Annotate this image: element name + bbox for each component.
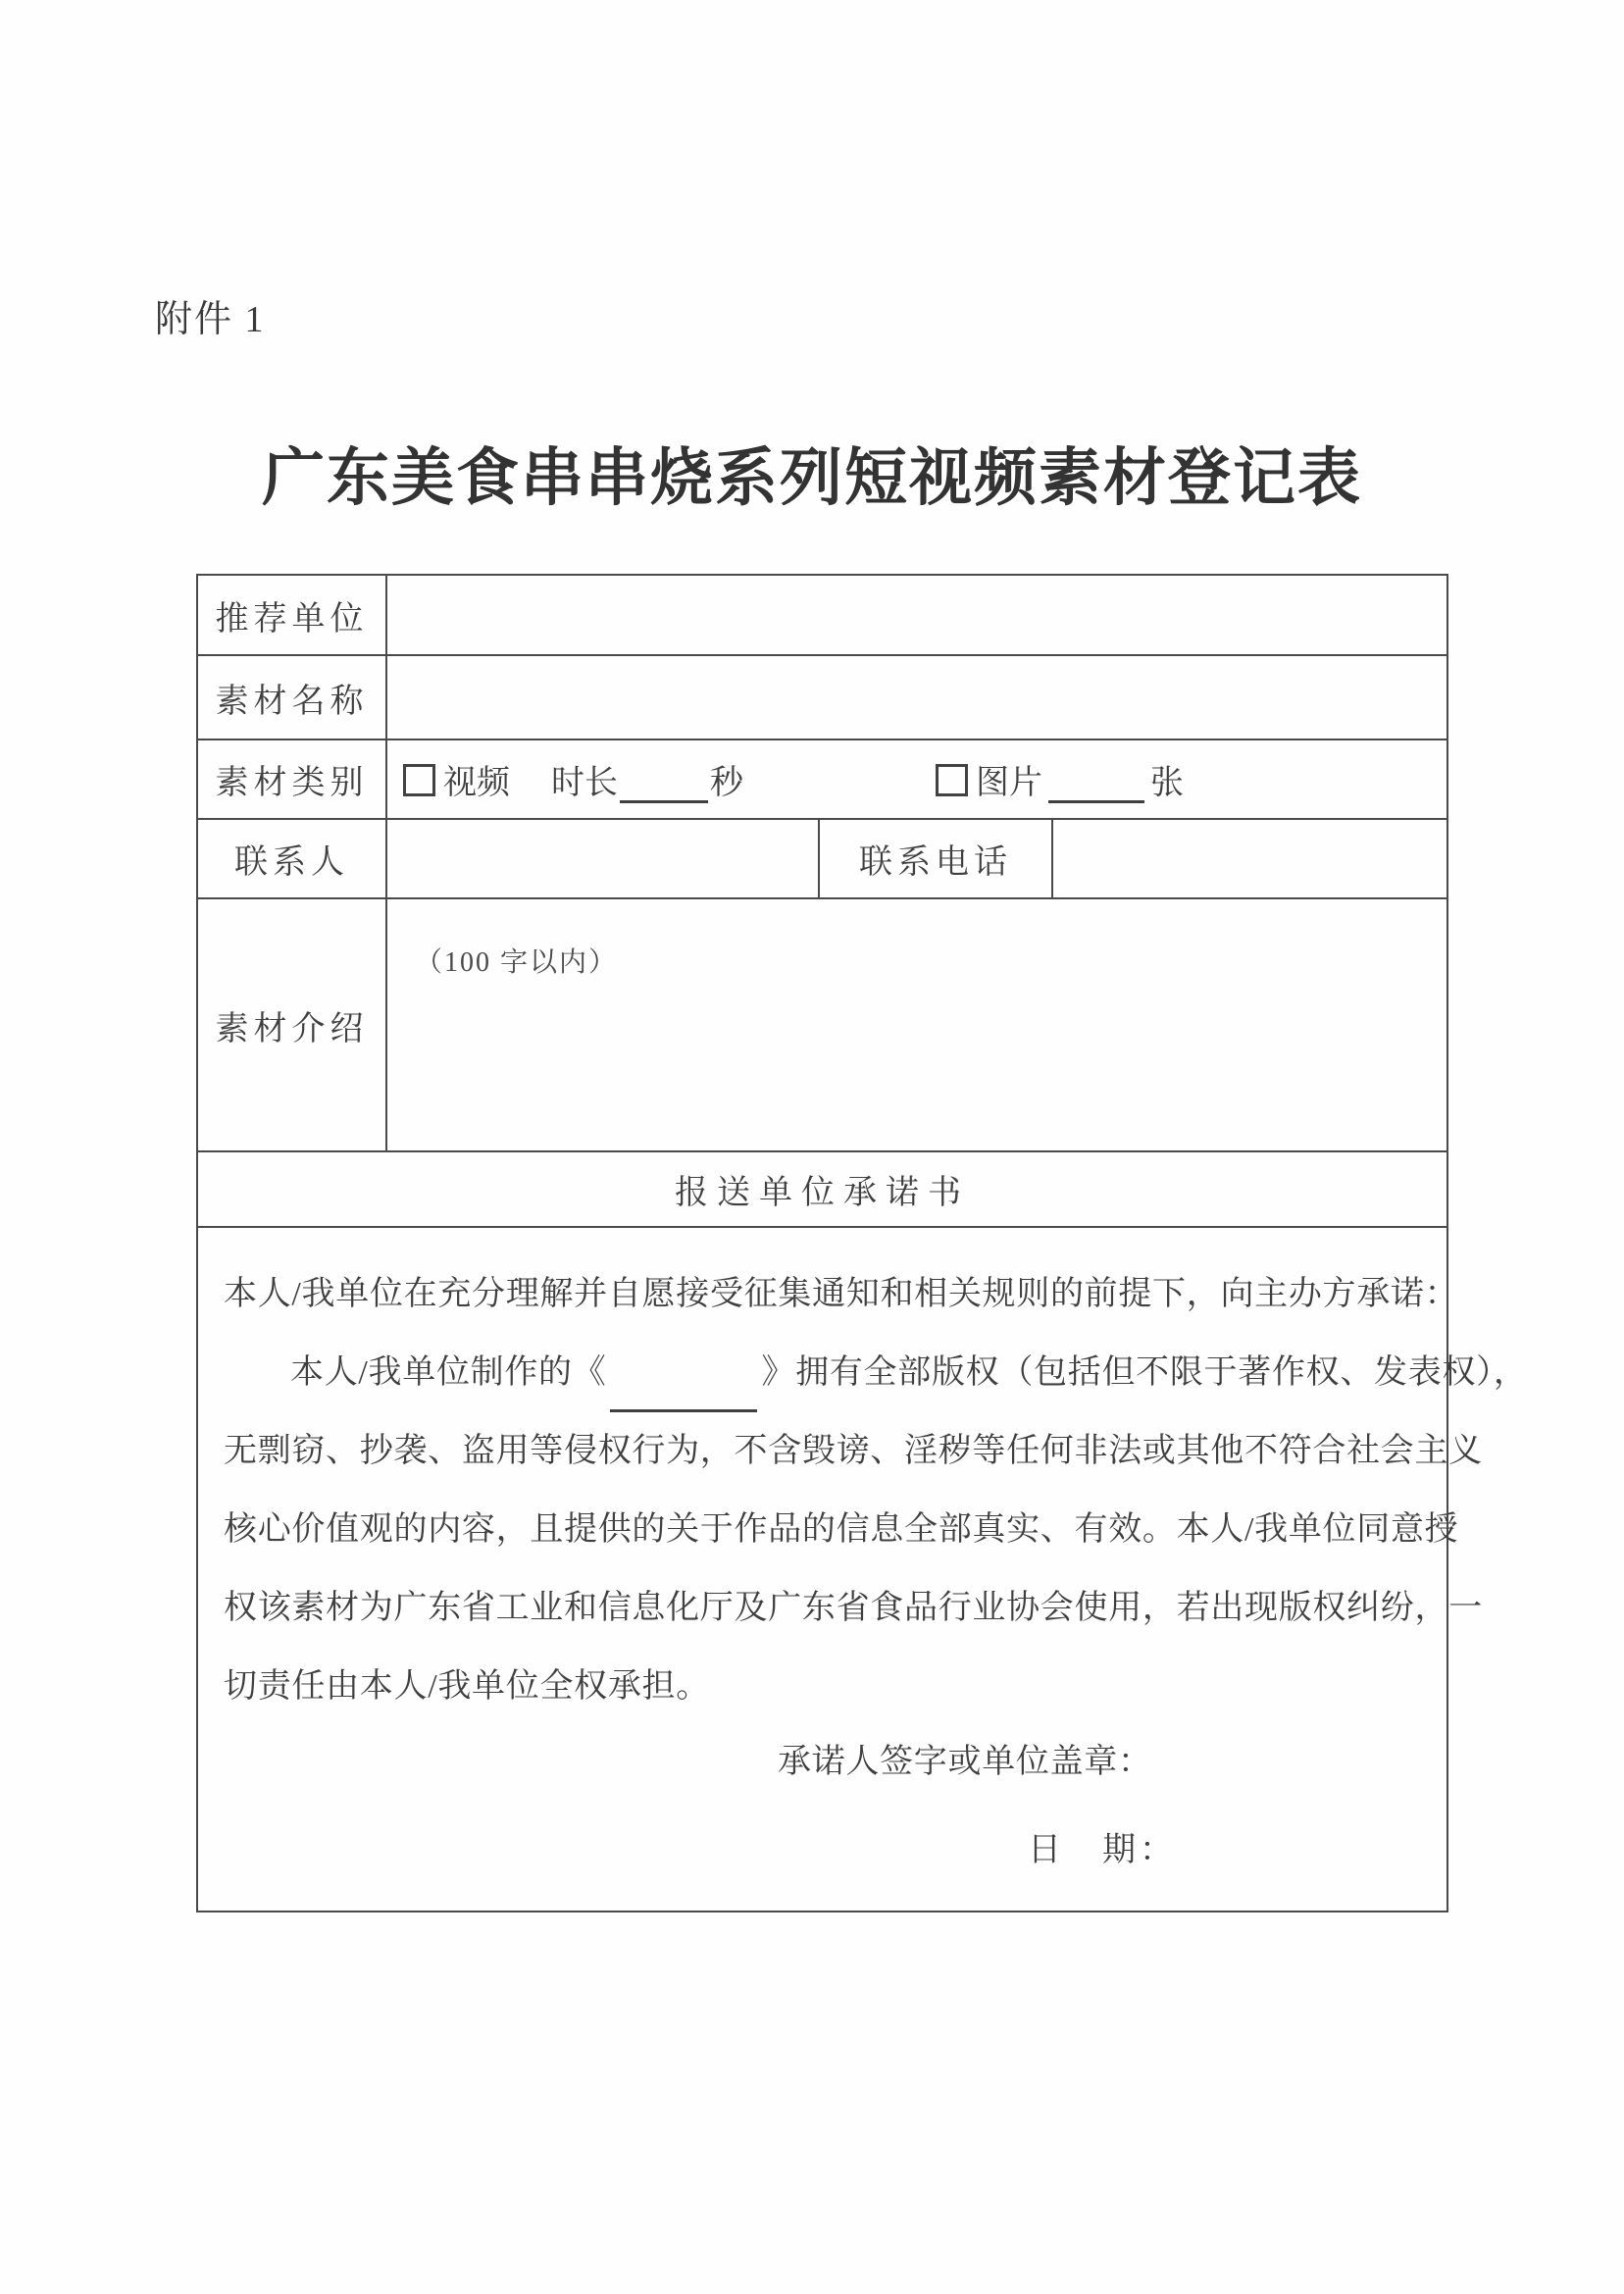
commitment-body: 本人/我单位在充分理解并自愿接受征集通知和相关规则的前提下，向主办方承诺： 本人…	[197, 1227, 1447, 1912]
commitment-line-2-suffix: 》拥有全部版权（包括但不限于著作权、发表权），	[761, 1354, 1527, 1391]
image-option-label: 图片	[976, 765, 1042, 801]
material-name-value[interactable]	[386, 655, 1447, 739]
commitment-header: 报送单位承诺书	[197, 1151, 1447, 1227]
video-checkbox[interactable]	[403, 764, 435, 796]
commitment-line-2: 本人/我单位制作的《》拥有全部版权（包括但不限于著作权、发表权），	[224, 1334, 1421, 1412]
signature-label: 承诺人签字或单位盖章：	[778, 1742, 1421, 1783]
duration-label: 时长	[551, 765, 618, 801]
material-name-label: 素材名称	[197, 655, 386, 739]
commitment-line-5: 权该素材为广东省工业和信息化厅及广东省食品行业协会使用，若出现版权纠纷，一	[224, 1569, 1421, 1648]
table-row-contact: 联系人 联系电话	[197, 819, 1447, 898]
commitment-line-1: 本人/我单位在充分理解并自愿接受征集通知和相关规则的前提下，向主办方承诺：	[224, 1255, 1421, 1334]
material-intro-area[interactable]: （100 字以内）	[386, 898, 1447, 1151]
material-intro-label: 素材介绍	[197, 898, 386, 1151]
count-unit-label: 张	[1150, 765, 1184, 801]
contact-person-value[interactable]	[386, 819, 819, 898]
table-row-recommending-unit: 推荐单位	[197, 575, 1447, 655]
duration-unit-label: 秒	[710, 765, 743, 801]
contact-person-label: 联系人	[197, 819, 386, 898]
image-checkbox[interactable]	[936, 764, 968, 796]
recommending-unit-label: 推荐单位	[197, 575, 386, 655]
commitment-line-2-prefix: 本人/我单位制作的《	[290, 1354, 606, 1391]
table-row-material-category: 素材类别 视频时长秒图片张	[197, 739, 1447, 819]
commitment-line-3: 无剽窃、抄袭、盗用等侵权行为，不含毁谤、淫秽等任何非法或其他不符合社会主义	[224, 1412, 1421, 1491]
video-option-label: 视频	[443, 765, 510, 801]
material-category-label: 素材类别	[197, 739, 386, 819]
work-title-blank-line[interactable]	[610, 1378, 757, 1412]
page-title: 广东美食串串烧系列短视频素材登记表	[0, 428, 1624, 518]
duration-blank-line[interactable]	[620, 769, 708, 803]
table-row-commitment-body: 本人/我单位在充分理解并自愿接受征集通知和相关规则的前提下，向主办方承诺： 本人…	[197, 1227, 1447, 1912]
table-row-material-name: 素材名称	[197, 655, 1447, 739]
material-category-options: 视频时长秒图片张	[386, 739, 1447, 819]
commitment-line-6: 切责任由本人/我单位全权承担。	[224, 1648, 1421, 1726]
contact-phone-value[interactable]	[1052, 819, 1447, 898]
recommending-unit-value[interactable]	[386, 575, 1447, 655]
date-label: 日 期：	[1028, 1830, 1421, 1871]
table-row-commitment-header: 报送单位承诺书	[197, 1151, 1447, 1227]
intro-hint-text: （100 字以内）	[415, 941, 1446, 980]
count-blank-line[interactable]	[1048, 769, 1144, 803]
table-row-material-intro: 素材介绍 （100 字以内）	[197, 898, 1447, 1151]
contact-phone-label: 联系电话	[819, 819, 1052, 898]
commitment-line-4: 核心价值观的内容，且提供的关于作品的信息全部真实、有效。本人/我单位同意授	[224, 1491, 1421, 1569]
attachment-label: 附件 1	[155, 288, 266, 342]
form-table: 推荐单位 素材名称 素材类别 视频时长秒图片张 联系人 联系电话 素材介绍 （1…	[196, 574, 1448, 1912]
scanned-form-page: 附件 1 广东美食串串烧系列短视频素材登记表 推荐单位 素材名称 素材类别 视频…	[0, 0, 1624, 2294]
